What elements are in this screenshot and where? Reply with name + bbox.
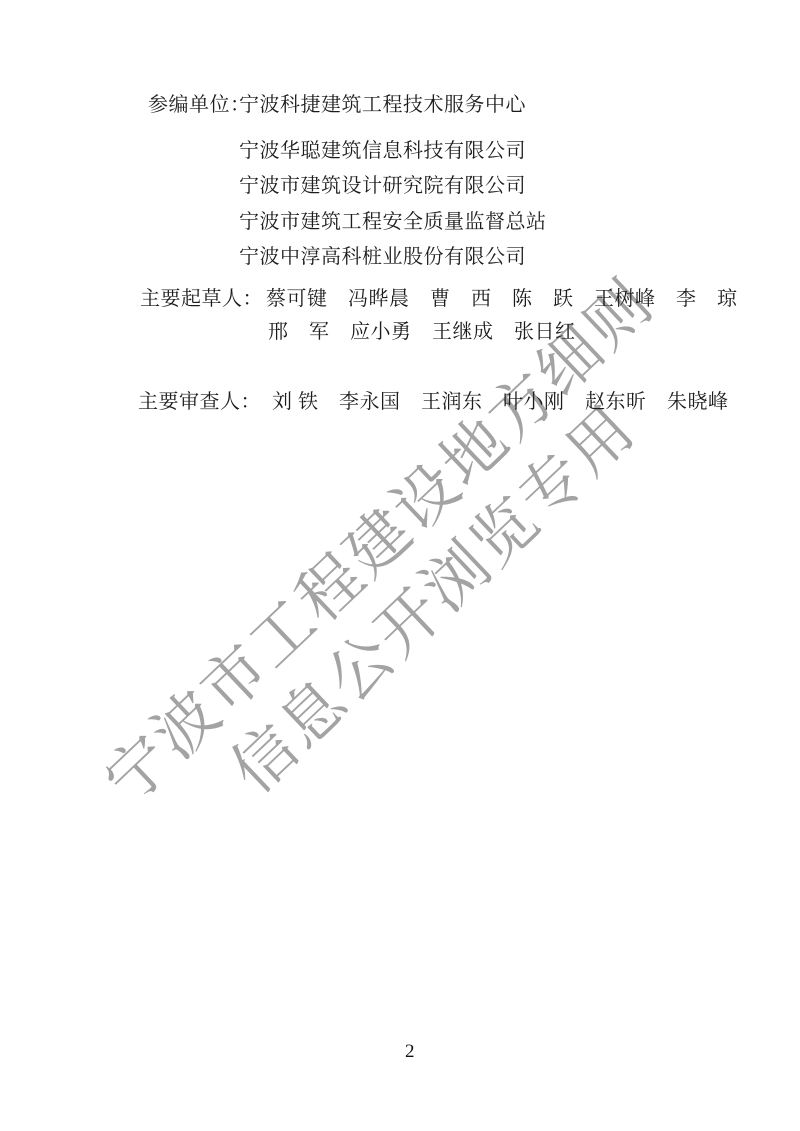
participating-unit: 宁波市建筑设计研究院有限公司 [239, 174, 526, 198]
participating-unit: 宁波科捷建筑工程技术服务中心 [239, 93, 526, 117]
participating-unit: 宁波中淳高科桩业股份有限公司 [239, 245, 526, 269]
drafters-row-2: 邢 军 应小勇 王继成 张日红 [268, 320, 576, 344]
drafters-label: 主要起草人： [140, 287, 263, 311]
drafters-row-1: 蔡可键 冯晔晨 曹 西 陈 跃 王树峰 李 琼 [266, 287, 738, 311]
page-number: 2 [405, 1041, 415, 1063]
participating-unit: 宁波华聪建筑信息科技有限公司 [239, 139, 526, 163]
page-content: 参编单位： 宁波科捷建筑工程技术服务中心 宁波华聪建筑信息科技有限公司 宁波市建… [0, 0, 800, 1131]
participating-unit: 宁波市建筑工程安全质量监督总站 [239, 210, 547, 234]
reviewers-label: 主要审查人： [138, 390, 261, 414]
participating-units-label: 参编单位： [148, 93, 251, 117]
document-page: 宁波市工程建设地方细则 信息公开浏览专用 参编单位： 宁波科捷建筑工程技术服务中… [0, 0, 800, 1131]
reviewers-row-1: 刘 铁 李永国 王润东 叶小刚 赵东昕 朱晓峰 [272, 390, 729, 414]
